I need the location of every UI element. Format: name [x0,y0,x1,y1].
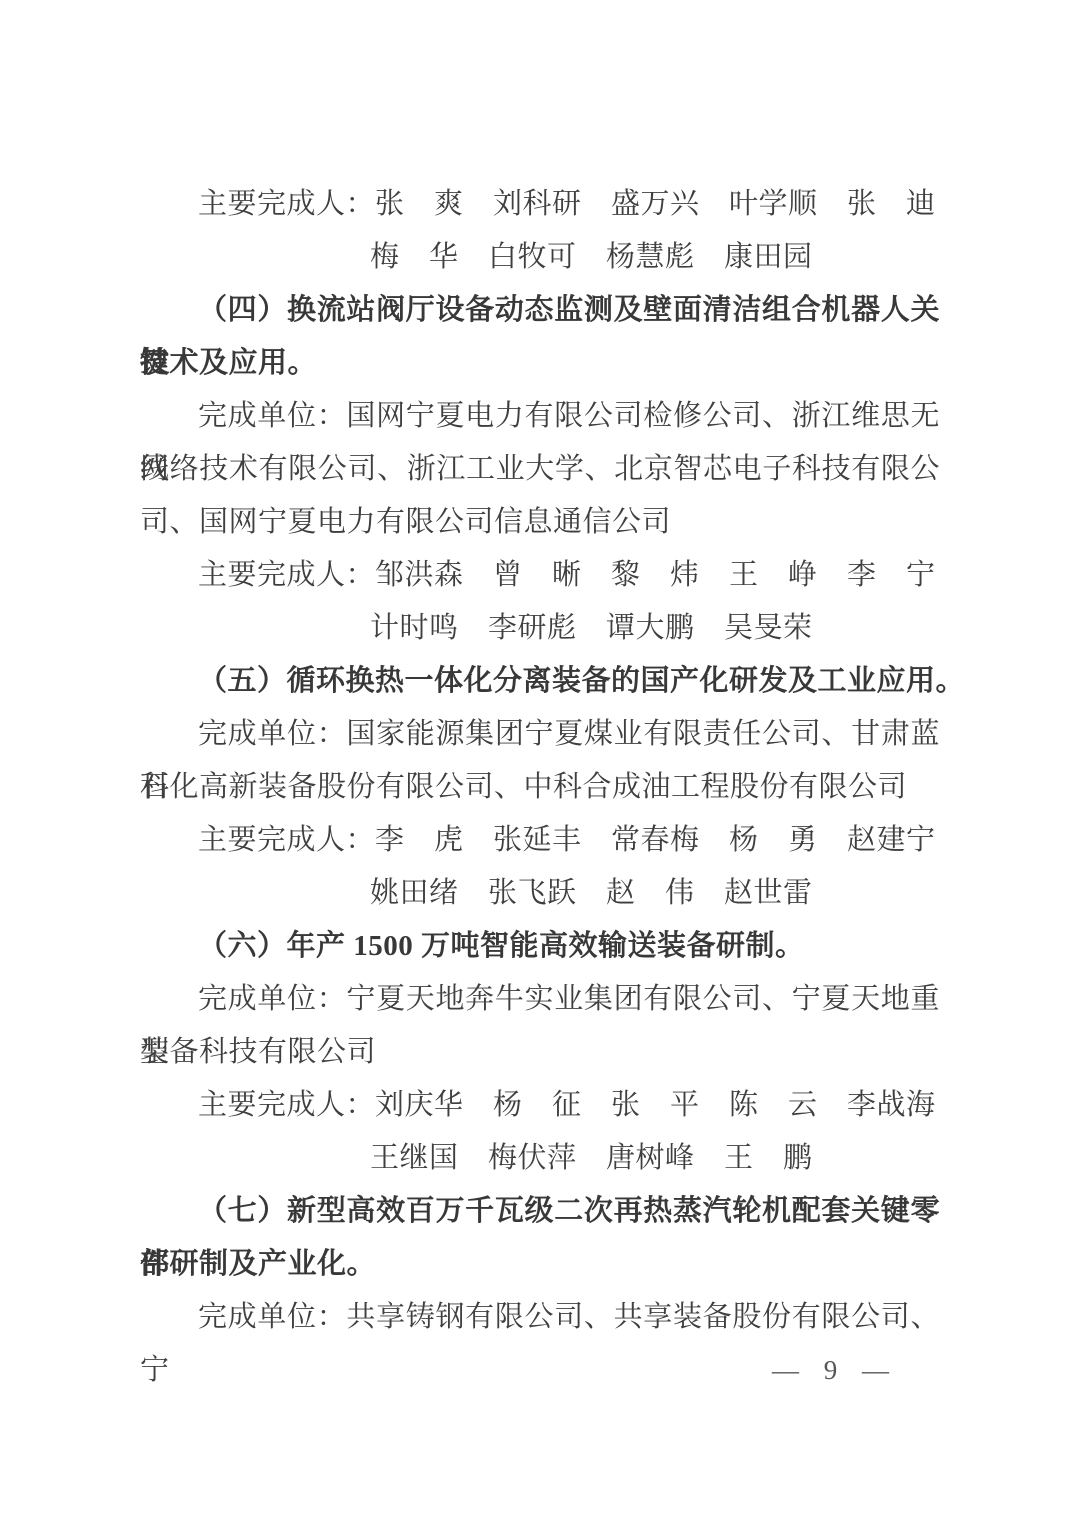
units-continuation-line: 司、国网宁夏电力有限公司信息通信公司 [140,496,940,549]
project-title-line: （七）新型高效百万千瓦级二次再热蒸汽轮机配套关键零部 [140,1185,940,1238]
contributors-continuation-line: 梅 华 白牧可 杨慧彪 康田园 [140,231,940,284]
units-continuation-line: 装备科技有限公司 [140,1026,940,1079]
contributors-line: 主要完成人：李 虎 张延丰 常春梅 杨 勇 赵建宁 [140,814,940,867]
units-continuation-line: 网络技术有限公司、浙江工业大学、北京智芯电子科技有限公 [140,443,940,496]
project-title-line: （五）循环换热一体化分离装备的国产化研发及工业应用。 [140,655,940,708]
document-body: 主要完成人：张 爽 刘科研 盛万兴 叶学顺 张 迪 梅 华 白牧可 杨慧彪 康田… [140,178,940,1344]
contributors-line: 主要完成人：邹洪森 曾 晰 黎 炜 王 峥 李 宁 [140,549,940,602]
completing-units-line: 完成单位：国网宁夏电力有限公司检修公司、浙江维思无线 [140,390,940,443]
completing-units-line: 完成单位：宁夏天地奔牛实业集团有限公司、宁夏天地重型 [140,973,940,1026]
contributors-line: 主要完成人：张 爽 刘科研 盛万兴 叶学顺 张 迪 [140,178,940,231]
contributors-line: 主要完成人：刘庆华 杨 征 张 平 陈 云 李战海 [140,1079,940,1132]
completing-units-line: 完成单位：国家能源集团宁夏煤业有限责任公司、甘肃蓝科 [140,708,940,761]
contributors-continuation-line: 王继国 梅伏萍 唐树峰 王 鹏 [140,1132,940,1185]
project-title-continuation-line: 技术及应用。 [140,337,940,390]
contributors-continuation-line: 姚田绪 张飞跃 赵 伟 赵世雷 [140,867,940,920]
project-title-line: （六）年产 1500 万吨智能高效输送装备研制。 [140,920,940,973]
completing-units-line: 完成单位：共享铸钢有限公司、共享装备股份有限公司、宁 [140,1291,940,1344]
document-page: 主要完成人：张 爽 刘科研 盛万兴 叶学顺 张 迪 梅 华 白牧可 杨慧彪 康田… [0,0,1080,1527]
contributors-continuation-line: 计时鸣 李研彪 谭大鹏 吴旻荣 [140,602,940,655]
units-continuation-line: 石化高新装备股份有限公司、中科合成油工程股份有限公司 [140,761,940,814]
project-title-continuation-line: 件研制及产业化。 [140,1238,940,1291]
page-number: — 9 — [772,1344,890,1397]
project-title-line: （四）换流站阀厅设备动态监测及壁面清洁组合机器人关键 [140,284,940,337]
